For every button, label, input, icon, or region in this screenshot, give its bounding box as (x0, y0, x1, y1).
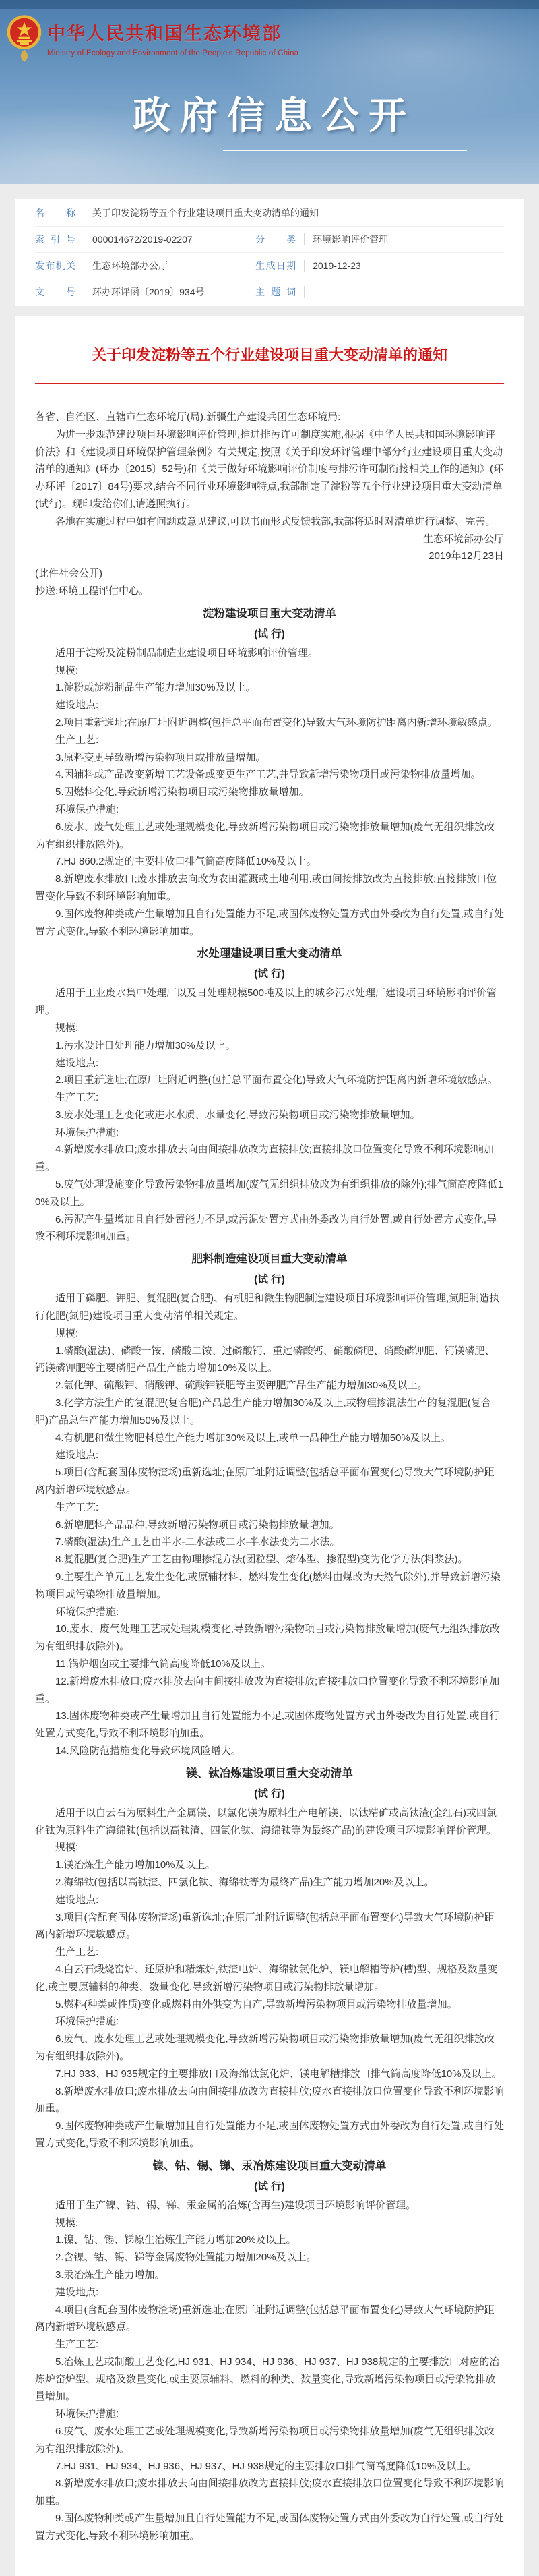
doc-paragraph: 7.HJ 931、HJ 934、HJ 936、HJ 937、HJ 938规定的主… (35, 2458, 504, 2476)
meta-label-agency: 发布机关 (35, 259, 75, 272)
meta-field-category: 分类 环境影响评价管理 (255, 233, 504, 246)
doc-paragraph: 3.化学方法生产的复混肥(复合肥)产品总生产能力增加30%及以上,或物理掺混法生… (35, 1395, 504, 1430)
meta-divider (304, 233, 305, 245)
doc-paragraph: 8.新增废水排放口;废水排放去向改为农田灌溉或土地利用,或由间接排放改为直接排放… (35, 871, 504, 906)
doc-paragraph: 14.风险防范措施变化导致环境风险增大。 (35, 1743, 504, 1760)
doc-paragraph: 各省、自治区、直辖市生态环境厅(局),新疆生产建设兵团生态环境局: (35, 409, 504, 426)
ministry-logo-link[interactable]: 中华人民共和国生态环境部 Ministry of Ecology and Env… (7, 15, 298, 63)
doc-paragraph: 2019年12月23日 (35, 548, 504, 565)
doc-paragraph: 生产工艺: (35, 1089, 504, 1107)
doc-paragraph: 规模: (35, 2215, 504, 2232)
meta-field-keywords: 主题词 (255, 285, 504, 299)
doc-paragraph: 3.汞冶炼生产能力增加。 (35, 2266, 504, 2284)
doc-paragraph: 2.项目重新选址;在原厂址附近调整(包括总平面布置变化)导致大气环境防护距离内新… (35, 1072, 504, 1089)
page: 中华人民共和国生态环境部 Ministry of Ecology and Env… (0, 0, 539, 2576)
doc-paragraph: 3.项目(含配套固体废物渣场)重新选址;在原厂址附近调整(包括总平面布置变化)导… (35, 1909, 504, 1944)
meta-label-name: 名称 (35, 206, 75, 220)
doc-paragraph: 规模: (35, 1020, 504, 1037)
doc-paragraph: 环境保护措施: (35, 2405, 504, 2423)
doc-paragraph: 4.有机肥和微生物肥料总生产能力增加30%及以上,或单一品种生产能力增加50%及… (35, 1430, 504, 1447)
meta-divider (84, 260, 84, 272)
doc-paragraph: 适用于生产镍、钴、锡、锑、汞金属的冶炼(含再生)建设项目环境影响评价管理。 (35, 2197, 504, 2215)
ministry-name-en: Ministry of Ecology and Environment of t… (47, 49, 298, 57)
meta-row-docnum: 文号 环办环评函〔2019〕934号 主题词 (35, 279, 504, 305)
section-heading: 淀粉建设项目重大变动清单 (35, 603, 504, 624)
doc-paragraph: 2.项目重新选址;在原厂址附近调整(包括总平面布置变化)导致大气环境防护距离内新… (35, 714, 504, 732)
meta-field-name: 名称 关于印发淀粉等五个行业建设项目重大变动清单的通知 (35, 206, 504, 220)
doc-paragraph: 规模: (35, 1325, 504, 1343)
document-body: 各省、自治区、直辖市生态环境厅(局),新疆生产建设兵团生态环境局:为进一步规范建… (35, 398, 504, 2545)
section-subheading: (试 行) (35, 964, 504, 985)
doc-paragraph: 规模: (35, 662, 504, 680)
doc-paragraph: 抄送:环境工程评估中心。 (35, 583, 504, 600)
doc-paragraph: 为进一步规范建设项目环境影响评价管理,推进排污许可制度实施,根据《中华人民共和国… (35, 426, 504, 513)
section-subheading: (试 行) (35, 1784, 504, 1805)
doc-paragraph: 生产工艺: (35, 732, 504, 749)
doc-paragraph: 适用于以白云石为原料生产金属镁、以氯化镁为原料生产电解镁、以钛精矿或高钛渣(金红… (35, 1805, 504, 1840)
doc-paragraph: 环境保护措施: (35, 1604, 504, 1621)
doc-paragraph: 8.新增废水排放口;废水排放去向由间接排放改为直接排放;废水直接排放口位置变化导… (35, 2475, 504, 2510)
doc-paragraph: 适用于磷肥、钾肥、复混肥(复合肥)、有机肥和微生物肥制造建设项目环境影响评价管理… (35, 1290, 504, 1325)
doc-paragraph: 8.复混肥(复合肥)生产工艺由物理掺混方法(团粒型、熔体型、掺混型)变为化学方法… (35, 1551, 504, 1569)
doc-paragraph: 生产工艺: (35, 1943, 504, 1961)
doc-paragraph: 各地在实施过程中如有问题或意见建议,可以书面形式反馈我部,我部将适时对清单进行调… (35, 513, 504, 531)
doc-paragraph: 环境保护措施: (35, 801, 504, 819)
ministry-name-cn: 中华人民共和国生态环境部 (47, 19, 298, 45)
document-card: 关于印发淀粉等五个行业建设项目重大变动清单的通知 各省、自治区、直辖市生态环境厅… (15, 316, 524, 2576)
section-subheading: (试 行) (35, 1270, 504, 1290)
site-header: 中华人民共和国生态环境部 Ministry of Ecology and Env… (0, 0, 539, 184)
meta-row-index: 索引号 000014672/2019-02207 分类 环境影响评价管理 (35, 226, 504, 252)
doc-paragraph: 5.冶炼工艺或制酸工艺变化,HJ 931、HJ 934、HJ 936、HJ 93… (35, 2353, 504, 2405)
doc-paragraph: (此件社会公开) (35, 565, 504, 583)
doc-paragraph: 7.HJ 860.2规定的主要排放口排气筒高度降低10%及以上。 (35, 853, 504, 871)
doc-paragraph: 6.废水、废气处理工艺或处理规模变化,导致新增污染物项目或污染物排放量增加(废气… (35, 819, 504, 854)
meta-label-date: 生成日期 (255, 259, 296, 272)
doc-paragraph: 8.新增废水排放口;废水排放去向由间接排放改为直接排放;废水直接排放口位置变化导… (35, 2083, 504, 2118)
meta-label-keywords: 主题词 (255, 285, 296, 299)
doc-paragraph: 建设地点: (35, 2284, 504, 2302)
meta-field-agency: 发布机关 生态环境部办公厅 (35, 259, 255, 272)
doc-paragraph: 9.固体废物种类或产生量增加且自行处置能力不足,或固体废物处置方式由外委改为自行… (35, 2117, 504, 2153)
meta-label-docnum: 文号 (35, 285, 75, 299)
meta-divider (84, 233, 84, 245)
meta-field-docnum: 文号 环办环评函〔2019〕934号 (35, 285, 255, 299)
doc-paragraph: 1.镁冶炼生产能力增加10%及以上。 (35, 1856, 504, 1874)
meta-label-category: 分类 (255, 233, 296, 246)
doc-paragraph: 7.磷酸(湿法)生产工艺由半水-二水法或二水-半水法变为二水法。 (35, 1533, 504, 1551)
meta-value-index: 000014672/2019-02207 (92, 234, 193, 245)
doc-paragraph: 2.含镍、钴、锡、锑等金属废物处置能力增加20%及以上。 (35, 2249, 504, 2266)
national-emblem-icon (7, 15, 42, 63)
doc-paragraph: 环境保护措施: (35, 1124, 504, 1142)
doc-paragraph: 建设地点: (35, 697, 504, 714)
meta-value-agency: 生态环境部办公厅 (92, 259, 168, 272)
doc-paragraph: 6.废气、废水处理工艺或处理规模变化,导致新增污染物项目或污染物排放量增加(废气… (35, 2423, 504, 2458)
doc-paragraph: 6.废气、废水处理工艺或处理规模变化,导致新增污染物项目或污染物排放量增加(废气… (35, 2030, 504, 2066)
doc-paragraph: 2.海绵钛(包括以高钛渣、四氯化钛、海绵钛等为最终产品)生产能力增加20%及以上… (35, 1874, 504, 1892)
doc-paragraph: 12.新增废水排放口;废水排放去向由间接排放改为直接排放;直接排放口位置变化导致… (35, 1673, 504, 1708)
doc-paragraph: 生产工艺: (35, 2336, 504, 2353)
title-divider (35, 383, 504, 384)
doc-paragraph: 4.项目(含配套固体废物渣场)重新选址;在原厂址附近调整(包括总平面布置变化)导… (35, 2302, 504, 2337)
meta-field-date: 生成日期 2019-12-23 (255, 259, 504, 272)
doc-paragraph: 9.主要生产单元工艺发生变化,或原辅材料、燃料发生变化(燃料由煤改为天然气除外)… (35, 1569, 504, 1604)
doc-paragraph: 4.白云石煅烧窑炉、还原炉和精炼炉,钛渣电炉、海绵钛氯化炉、镁电解槽等炉(槽)型… (35, 1961, 504, 1996)
doc-paragraph: 6.污泥产生量增加且自行处置能力不足,或污泥处置方式由外委改为自行处置,或自行处… (35, 1211, 504, 1246)
page-banner-title: 政府信息公开 (0, 86, 539, 140)
top-strip (0, 0, 539, 9)
meta-field-index: 索引号 000014672/2019-02207 (35, 233, 255, 246)
doc-paragraph: 2.氯化钾、硫酸钾、硝酸钾、硫酸钾镁肥等主要钾肥产品生产能力增加30%及以上。 (35, 1377, 504, 1395)
meta-value-name: 关于印发淀粉等五个行业建设项目重大变动清单的通知 (92, 206, 319, 220)
meta-row-name: 名称 关于印发淀粉等五个行业建设项目重大变动清单的通知 (35, 200, 504, 226)
meta-divider (84, 286, 84, 298)
doc-paragraph: 1.磷酸(湿法)、磷酸一铵、磷酸二铵、过磷酸钙、重过磷酸钙、硝酸磷肥、硝酸磷钾肥… (35, 1343, 504, 1378)
doc-paragraph: 3.废水处理工艺变化或进水水质、水量变化,导致污染物项目或污染物排放量增加。 (35, 1107, 504, 1124)
doc-paragraph: 生态环境部办公厅 (35, 531, 504, 548)
banner-underline (223, 150, 467, 151)
meta-row-agency: 发布机关 生态环境部办公厅 生成日期 2019-12-23 (35, 252, 504, 279)
doc-paragraph: 1.淀粉或淀粉制品生产能力增加30%及以上。 (35, 679, 504, 697)
ministry-name-block: 中华人民共和国生态环境部 Ministry of Ecology and Env… (47, 15, 298, 57)
doc-paragraph: 1.镍、钴、锡、锑原生冶炼生产能力增加20%及以上。 (35, 2231, 504, 2249)
meta-value-docnum: 环办环评函〔2019〕934号 (92, 285, 205, 299)
doc-paragraph: 生产工艺: (35, 1499, 504, 1517)
meta-card: 名称 关于印发淀粉等五个行业建设项目重大变动清单的通知 索引号 00001467… (15, 199, 524, 306)
section-subheading: (试 行) (35, 624, 504, 645)
meta-divider (304, 260, 305, 272)
doc-paragraph: 4.新增废水排放口;废水排放去向由间接排放改为直接排放;直接排放口位置变化导致不… (35, 1141, 504, 1176)
meta-label-index: 索引号 (35, 233, 75, 246)
doc-paragraph: 9.固体废物种类或产生量增加且自行处置能力不足,或固体废物处置方式由外委改为自行… (35, 2510, 504, 2545)
doc-paragraph: 5.因燃料变化,导致新增污染物项目或污染物排放量增加。 (35, 784, 504, 801)
section-heading: 镍、钴、锡、锑、汞冶炼建设项目重大变动清单 (35, 2155, 504, 2177)
doc-paragraph: 建设地点: (35, 1055, 504, 1072)
doc-paragraph: 建设地点: (35, 1446, 504, 1464)
doc-paragraph: 13.固体废物种类或产生量增加且自行处置能力不足,或固体废物处置方式由外委改为自… (35, 1707, 504, 1743)
doc-paragraph: 9.固体废物种类或产生量增加且自行处置能力不足,或固体废物处置方式由外委改为自行… (35, 906, 504, 941)
section-heading: 水处理建设项目重大变动清单 (35, 943, 504, 964)
document-title: 关于印发淀粉等五个行业建设项目重大变动清单的通知 (35, 345, 504, 365)
meta-divider (84, 207, 84, 219)
doc-paragraph: 环境保护措施: (35, 2013, 504, 2030)
doc-paragraph: 4.因辅料或产品改变新增工艺设备或变更生产工艺,并导致新增污染物项目或污染物排放… (35, 766, 504, 784)
doc-paragraph: 规模: (35, 1839, 504, 1856)
doc-paragraph: 5.燃料(种类或性质)变化或燃料由外供变为自产,导致新增污染物项目或污染物排放量… (35, 1996, 504, 2014)
doc-paragraph: 适用于工业废水集中处理厂以及日处理规模500吨及以上的城乡污水处理厂建设项目环境… (35, 985, 504, 1020)
doc-paragraph: 5.废气处理设施变化导致污染物排放量增加(废气无组织排放改为有组织排放的除外);… (35, 1176, 504, 1211)
section-subheading: (试 行) (35, 2177, 504, 2197)
doc-paragraph: 5.项目(含配套固体废物渣场)重新选址;在原厂址附近调整(包括总平面布置变化)导… (35, 1464, 504, 1499)
doc-paragraph: 3.原料变更导致新增污染物项目或排放量增加。 (35, 749, 504, 767)
meta-value-date: 2019-12-23 (313, 260, 361, 271)
meta-value-category: 环境影响评价管理 (313, 233, 388, 246)
meta-divider (304, 286, 305, 298)
section-heading: 镁、钛冶炼建设项目重大变动清单 (35, 1763, 504, 1784)
doc-paragraph: 7.HJ 933、HJ 935规定的主要排放口及海绵钛氯化炉、镁电解槽排放口排气… (35, 2066, 504, 2083)
doc-paragraph: 建设地点: (35, 1892, 504, 1909)
doc-paragraph: 1.污水设计日处理能力增加30%及以上。 (35, 1037, 504, 1055)
doc-paragraph: 适用于淀粉及淀粉制品制造业建设项目环境影响评价管理。 (35, 645, 504, 662)
doc-paragraph: 6.新增肥料产品品种,导致新增污染物项目或污染物排放量增加。 (35, 1517, 504, 1534)
section-heading: 肥料制造建设项目重大变动清单 (35, 1248, 504, 1270)
doc-paragraph: 11.锅炉烟囱或主要排气筒高度降低10%及以上。 (35, 1656, 504, 1673)
doc-paragraph: 10.废水、废气处理工艺或处理规模变化,导致新增污染物项目或污染物排放量增加(废… (35, 1620, 504, 1656)
